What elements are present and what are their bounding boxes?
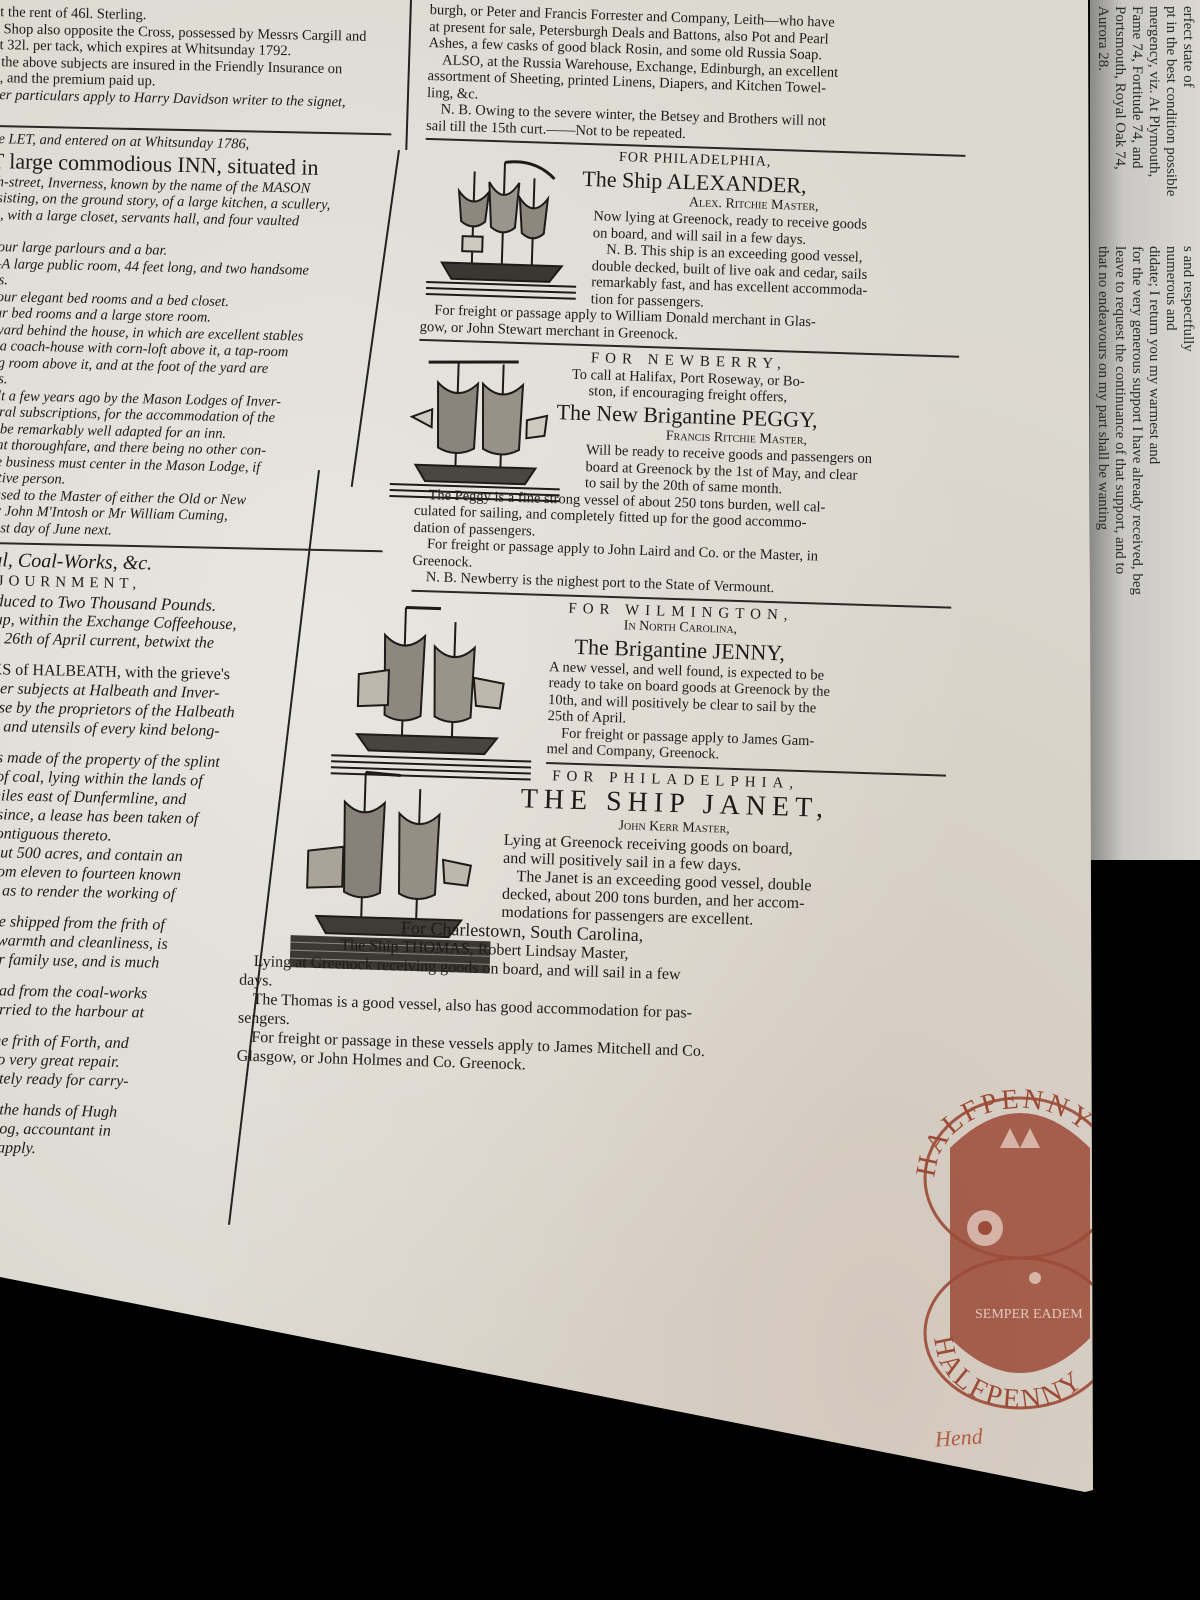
- ship-woodcut-icon: [421, 150, 586, 305]
- ad-body: A new vessel, and well found, is expecte…: [546, 659, 949, 771]
- text-line: leave to request the continuance of that…: [1111, 246, 1128, 654]
- text-line: Fame 74, Fortitude 74, and: [1128, 6, 1145, 224]
- ship-ad-alexander: FOR PHILADELPHIA, The Ship ALEXANDER, Al…: [420, 144, 966, 352]
- right-column: burgh, or Peter and Francis Forrester an…: [396, 2, 969, 1087]
- text-line: erfect state of: [1179, 6, 1196, 224]
- ship-woodcut-icon: [384, 346, 569, 512]
- rent-notice: at the rent of 46l. Sterling. e Shop als…: [0, 4, 404, 112]
- back-page-lower-fragment: s and respectfully numerous and didate; …: [1090, 240, 1200, 660]
- column-rule: [405, 0, 412, 150]
- back-page-upper-fragment: erfect state of pt in the best condition…: [1090, 0, 1200, 230]
- text-line: mergency, viz. At Plymouth,: [1145, 6, 1162, 224]
- text-line: for the very generous support I have alr…: [1128, 246, 1145, 654]
- handwritten-mark: Hend: [934, 1423, 983, 1452]
- inn-advertisement: be LET, and entered on at Whitsunday 178…: [0, 131, 401, 544]
- ship-ad-thomas: For Charlestown, South Carolina, The Shi…: [237, 913, 941, 1087]
- halfpenny-tax-stamp: HALFPENNY HALFPENNY SEMPER EADEM: [915, 1088, 1105, 1418]
- rotated-back-page-text: erfect state of pt in the best condition…: [1090, 0, 1200, 860]
- text-line: Portsmouth, Royal Oak 74,: [1111, 6, 1128, 224]
- text-line: s and respectfully: [1179, 246, 1196, 654]
- ship-woodcut-icon: [325, 593, 541, 790]
- crown-rose-stamp-icon: HALFPENNY HALFPENNY SEMPER EADEM: [915, 1088, 1105, 1418]
- text-line: numerous and: [1162, 246, 1179, 654]
- russia-warehouse-notice: burgh, or Peter and Francis Forrester an…: [426, 2, 970, 151]
- ad-body: Now lying at Greenock, ready to receive …: [590, 208, 963, 319]
- ship-ad-peggy: FOR NEWBERRY, To call at Halifax, Port R…: [412, 345, 959, 602]
- adjacent-newspaper-page: erfect state of pt in the best condition…: [1090, 0, 1200, 860]
- newspaper-sheet: at the rent of 46l. Sterling. e Shop als…: [0, 0, 1100, 1600]
- text-line: Aurora 28.: [1094, 6, 1111, 224]
- stamp-motto: SEMPER EADEM: [975, 1307, 1083, 1322]
- ship-ad-janet: FOR PHILADELPHIA, THE SHIP JANET, John K…: [401, 763, 946, 935]
- ship-ad-jenny: FOR WILMINGTON, In North Carolina, The B…: [406, 595, 951, 770]
- ad-body: Lying at Greenock receiving goods on boa…: [501, 831, 944, 935]
- text-line: pt in the best condition possible: [1162, 6, 1179, 224]
- text-line: that no endeavours on my part shall be w…: [1094, 246, 1111, 654]
- text-line: didate; I return you my warmest and: [1145, 246, 1162, 654]
